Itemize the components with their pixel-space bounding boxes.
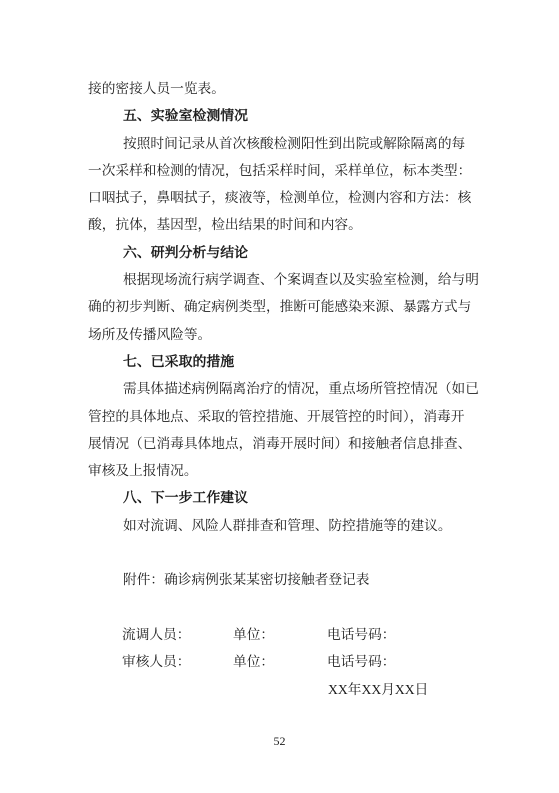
phone-label: 电话号码： (327, 621, 395, 648)
body-line: 场所及传播风险等。 (88, 321, 480, 348)
body-line: 如对流调、风险人群排查和管理、防控措施等的建议。 (88, 512, 480, 539)
investigator-label: 流调人员： (122, 621, 190, 648)
section-heading-5: 五、实验室检测情况 (88, 102, 480, 129)
body-line: 展情况（已消毒具体地点，消毒开展时间）和接触者信息排查、 (88, 430, 480, 457)
body-line: 审核及上报情况。 (88, 457, 480, 484)
section-heading-8: 八、下一步工作建议 (88, 484, 480, 511)
body-line: 一次采样和检测的情况，包括采样时间，采样单位，标本类型： (88, 157, 480, 184)
signature-row-investigator: 流调人员： 单位： 电话号码： (88, 621, 480, 648)
body-line: 口咽拭子，鼻咽拭子，痰液等，检测单位，检测内容和方法：核 (88, 184, 480, 211)
body-line: 需具体描述病例隔离治疗的情况，重点场所管控情况（如已 (88, 375, 480, 402)
unit-label: 单位： (233, 621, 274, 648)
section-heading-6: 六、研判分析与结论 (88, 239, 480, 266)
section-heading-7: 七、已采取的措施 (88, 348, 480, 375)
unit-label: 单位： (233, 648, 274, 675)
document-page: 接的密接人员一览表。 五、实验室检测情况 按照时间记录从首次核酸检测阳性到出院或… (0, 0, 559, 793)
page-number: 52 (0, 733, 559, 749)
body-line: 按照时间记录从首次核酸检测阳性到出院或解除隔离的每 (88, 130, 480, 157)
body-line: 确的初步判断、确定病例类型，推断可能感染来源、暴露方式与 (88, 293, 480, 320)
body-line: 酸，抗体，基因型，检出结果的时间和内容。 (88, 211, 480, 238)
phone-label: 电话号码： (327, 648, 395, 675)
signature-row-reviewer: 审核人员： 单位： 电话号码： (88, 648, 480, 675)
blank-line (88, 539, 480, 566)
blank-line (88, 594, 480, 621)
body-line: 接的密接人员一览表。 (88, 75, 480, 102)
attachment-line: 附件：确诊病例张某某密切接触者登记表 (88, 566, 480, 593)
date-placeholder: XX年XX月XX日 (328, 676, 428, 703)
reviewer-label: 审核人员： (122, 648, 190, 675)
document-body: 接的密接人员一览表。 五、实验室检测情况 按照时间记录从首次核酸检测阳性到出院或… (88, 75, 480, 703)
body-line: 管控的具体地点、采取的管控措施、开展管控的时间），消毒开 (88, 403, 480, 430)
date-line: XX年XX月XX日 (88, 676, 480, 703)
body-line: 根据现场流行病学调查、个案调查以及实验室检测，给与明 (88, 266, 480, 293)
